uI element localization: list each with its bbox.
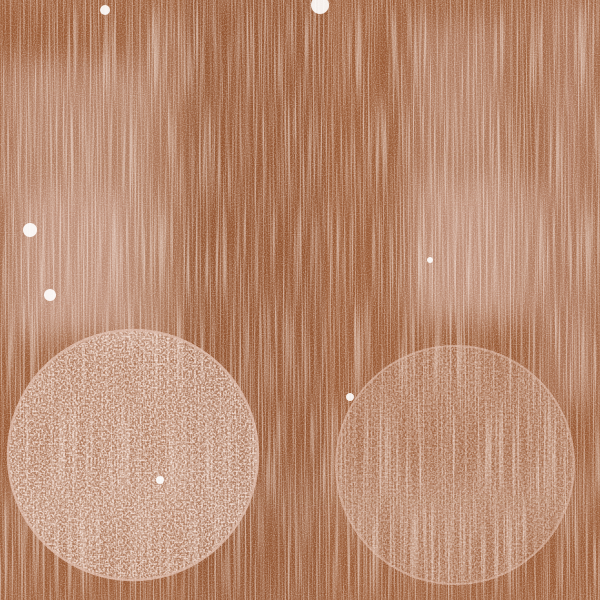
artwork-canvas — [0, 0, 600, 600]
grain-overlay — [0, 0, 600, 600]
abstract-print-artwork — [0, 0, 600, 600]
